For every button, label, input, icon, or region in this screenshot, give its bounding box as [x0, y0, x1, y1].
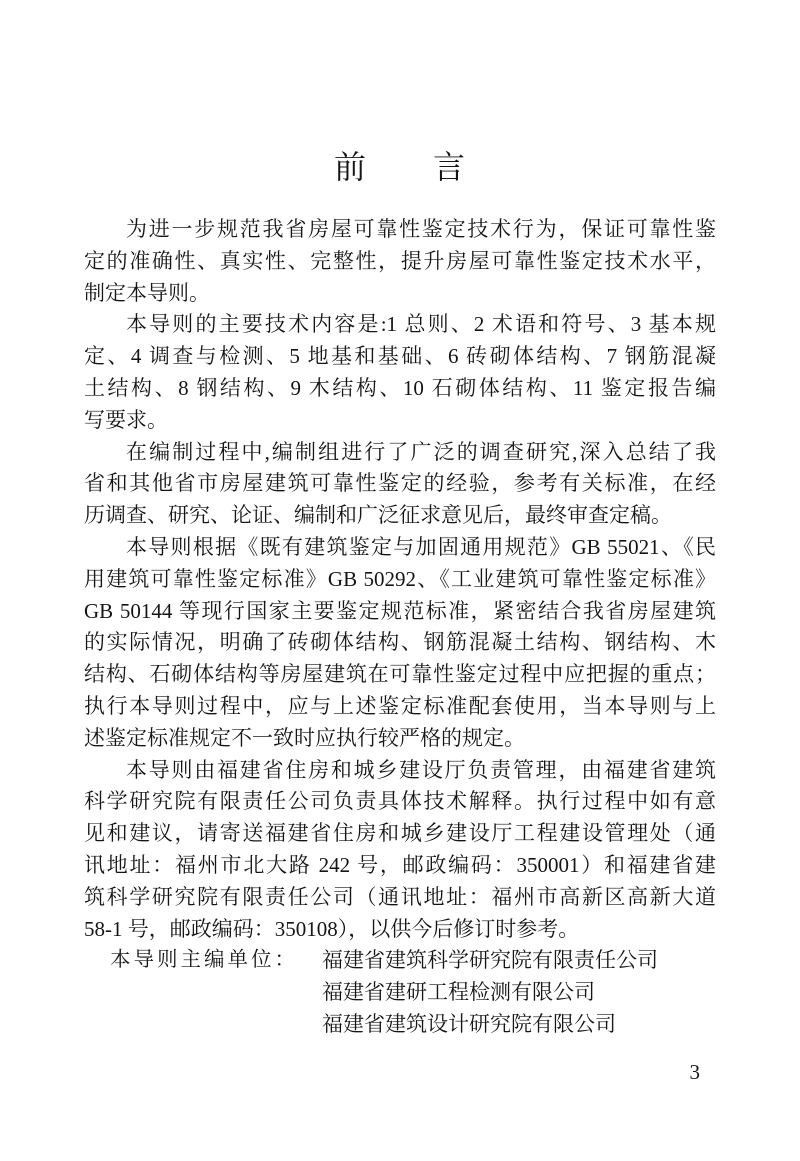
paragraph: 为进一步规范我省房屋可靠性鉴定技术行为，保证可靠性鉴定的准确性、真实性、完整性，… — [84, 214, 716, 309]
chief-editor-organization: 福建省建研工程检测有限公司 — [322, 977, 658, 1009]
chief-editor-block: 本导则主编单位： 福建省建筑科学研究院有限责任公司福建省建研工程检测有限公司福建… — [84, 945, 716, 1040]
paragraph: 本导则的主要技术内容是:1 总则、2 术语和符号、3 基本规定、4 调查与检测、… — [84, 309, 716, 436]
paragraph-line: 用建筑可靠性鉴定标准》GB 50292、《工业建筑可靠性鉴定标准》 — [84, 564, 716, 596]
paragraph-line: 执行本导则过程中，应与上述鉴定标准配套使用，当本导则与上 — [84, 691, 716, 723]
paragraph-line: 本导则根据《既有建筑鉴定与加固通用规范》GB 55021、《民 — [84, 532, 716, 564]
paragraph-line: 省和其他省市房屋建筑可靠性鉴定的经验，参考有关标准，在经 — [84, 468, 716, 500]
paragraph-line: 土结构、8 钢结构、9 木结构、10 石砌体结构、11 鉴定报告编 — [84, 373, 716, 405]
paragraph-line: 为进一步规范我省房屋可靠性鉴定技术行为，保证可靠性鉴 — [84, 214, 716, 246]
paragraph-line: GB 50144 等现行国家主要鉴定规范标准，紧密结合我省房屋建筑 — [84, 596, 716, 628]
document-page: 前 言 为进一步规范我省房屋可靠性鉴定技术行为，保证可靠性鉴定的准确性、真实性、… — [0, 0, 800, 1161]
chief-editor-organizations: 福建省建筑科学研究院有限责任公司福建省建研工程检测有限公司福建省建筑设计研究院有… — [322, 945, 658, 1040]
paragraph-line: 58-1 号，邮政编码：350108），以供今后修订时参考。 — [84, 914, 716, 946]
paragraph-line: 的实际情况，明确了砖砌体结构、钢筋混凝土结构、钢结构、木 — [84, 627, 716, 659]
paragraph-line: 制定本导则。 — [84, 278, 716, 310]
paragraph-line: 定的准确性、真实性、完整性，提升房屋可靠性鉴定技术水平， — [84, 246, 716, 278]
paragraph-line: 在编制过程中,编制组进行了广泛的调查研究,深入总结了我 — [84, 437, 716, 469]
paragraph-line: 本导则由福建省住房和城乡建设厅负责管理，由福建省建筑 — [84, 755, 716, 787]
paragraph-line: 见和建议，请寄送福建省住房和城乡建设厅工程建设管理处（通 — [84, 818, 716, 850]
paragraph-line: 写要求。 — [84, 405, 716, 437]
chief-editor-organization: 福建省建筑科学研究院有限责任公司 — [322, 945, 658, 977]
paragraph: 在编制过程中,编制组进行了广泛的调查研究,深入总结了我省和其他省市房屋建筑可靠性… — [84, 437, 716, 532]
paragraph: 本导则由福建省住房和城乡建设厅负责管理，由福建省建筑科学研究院有限责任公司负责具… — [84, 755, 716, 946]
paragraph-line: 述鉴定标准规定不一致时应执行较严格的规定。 — [84, 723, 716, 755]
chief-editor-label: 本导则主编单位： — [110, 945, 298, 977]
chief-editor-organization: 福建省建筑设计研究院有限公司 — [322, 1009, 658, 1041]
paragraph-line: 历调查、研究、论证、编制和广泛征求意见后，最终审查定稿。 — [84, 500, 716, 532]
paragraph: 本导则根据《既有建筑鉴定与加固通用规范》GB 55021、《民用建筑可靠性鉴定标… — [84, 532, 716, 755]
paragraph-line: 科学研究院有限责任公司负责具体技术解释。执行过程中如有意 — [84, 786, 716, 818]
paragraph-line: 筑科学研究院有限责任公司（通讯地址：福州市高新区高新大道 — [84, 882, 716, 914]
page-number: 3 — [690, 1058, 701, 1086]
paragraph-line: 定、4 调查与检测、5 地基和基础、6 砖砌体结构、7 钢筋混凝 — [84, 341, 716, 373]
page-title: 前 言 — [84, 146, 716, 188]
paragraph-line: 本导则的主要技术内容是:1 总则、2 术语和符号、3 基本规 — [84, 309, 716, 341]
document-body: 为进一步规范我省房屋可靠性鉴定技术行为，保证可靠性鉴定的准确性、真实性、完整性，… — [84, 214, 716, 945]
paragraph-line: 结构、石砌体结构等房屋建筑在可靠性鉴定过程中应把握的重点； — [84, 659, 716, 691]
paragraph-line: 讯地址：福州市北大路 242 号，邮政编码：350001）和福建省建 — [84, 850, 716, 882]
